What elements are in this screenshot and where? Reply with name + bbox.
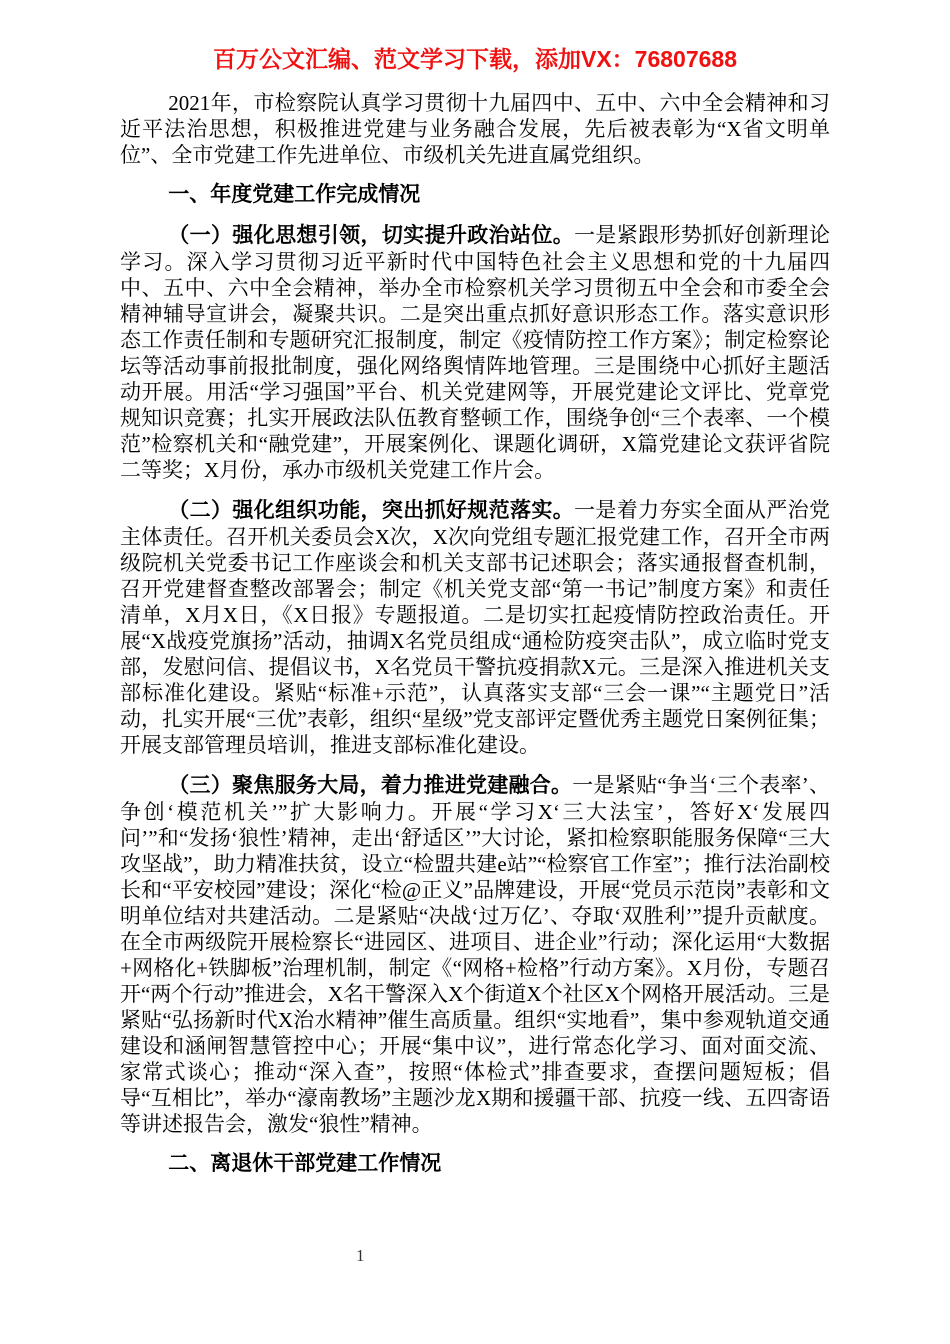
subsection-3-text: 一是紧贴“争当‘三个表率’、争创‘模范机关’”扩大影响力。开展“学习X‘三大法宝… bbox=[120, 773, 830, 1136]
section-1-heading: 一、年度党建工作完成情况 bbox=[120, 182, 830, 208]
document-content: 百万公文汇编、范文学习下载，添加VX：76807688 2021年，市检察院认真… bbox=[120, 44, 830, 1191]
subsection-2-paragraph: （二）强化组织功能，突出抓好规范落实。一是着力夯实全面从严治党主体责任。召开机关… bbox=[120, 497, 830, 758]
subsection-2-lead: （二）强化组织功能，突出抓好规范落实。 bbox=[168, 499, 574, 522]
document-page: 百万公文汇编、范文学习下载，添加VX：76807688 2021年，市检察院认真… bbox=[0, 0, 950, 1344]
subsection-3-paragraph: （三）聚焦服务大局，着力推进党建融合。一是紧贴“争当‘三个表率’、争创‘模范机关… bbox=[120, 772, 830, 1137]
subsection-1-paragraph: （一）强化思想引领，切实提升政治站位。一是紧跟形势抓好创新理论学习。深入学习贯彻… bbox=[120, 222, 830, 483]
subsection-2-text: 一是着力夯实全面从严治党主体责任。召开机关委员会X次，X次向党组专题汇报党建工作… bbox=[120, 498, 830, 757]
subsection-3-lead: （三）聚焦服务大局，着力推进党建融合。 bbox=[168, 774, 572, 797]
subsection-1-lead: （一）强化思想引领，切实提升政治站位。 bbox=[168, 224, 574, 247]
intro-paragraph: 2021年，市检察院认真学习贯彻十九届四中、五中、六中全会精神和习近平法治思想，… bbox=[120, 90, 830, 168]
section-2-heading: 二、离退休干部党建工作情况 bbox=[120, 1151, 830, 1177]
subsection-1-text: 一是紧跟形势抓好创新理论学习。深入学习贯彻习近平新时代中国特色社会主义思想和党的… bbox=[120, 223, 830, 482]
page-number: 1 bbox=[356, 1246, 365, 1266]
watermark-notice: 百万公文汇编、范文学习下载，添加VX：76807688 bbox=[120, 44, 830, 74]
